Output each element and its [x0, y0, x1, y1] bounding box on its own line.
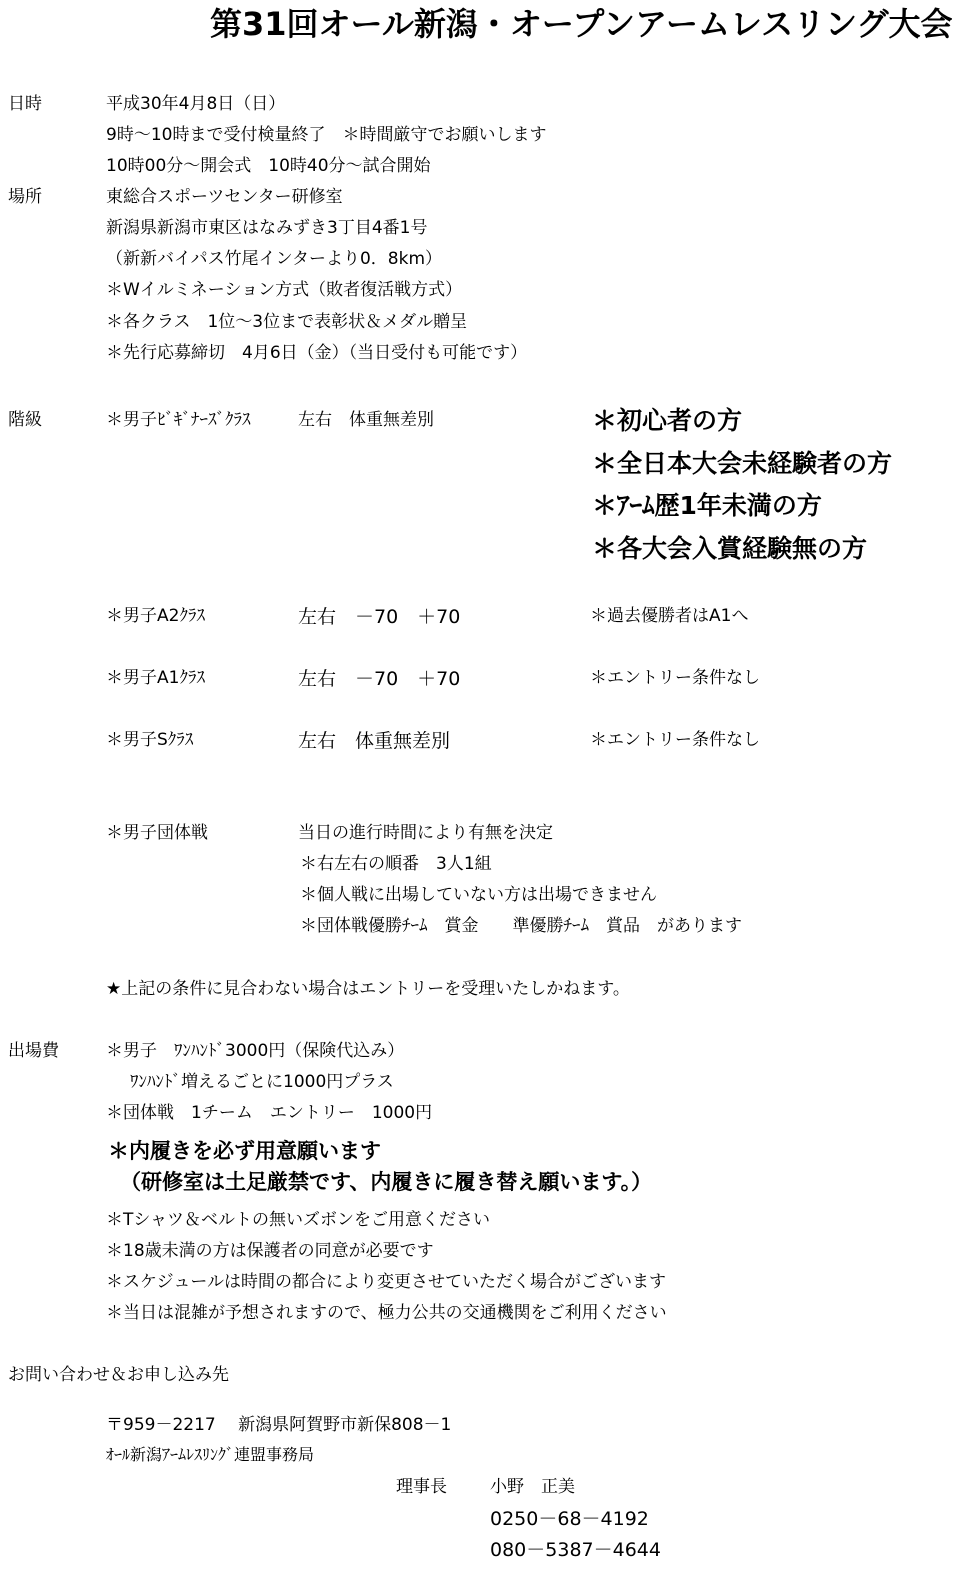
schedule-label: 日時 [8, 96, 42, 113]
venue-awards: ＊各クラス 1位～3位まで表彰状＆メダル贈呈 [106, 314, 467, 331]
venue-label: 場所 [8, 189, 42, 206]
team-class-name: ＊男子団体戦 [106, 825, 208, 842]
venue-address: 新潟県新潟市東区はなみずき3丁目4番1号 [106, 220, 427, 237]
contact-heading: お問い合わせ＆お申し込み先 [8, 1367, 229, 1384]
contact-phone[interactable]: 0250－68－4192 [490, 1510, 649, 1529]
team-class-detail: 当日の進行時間により有無を決定 [298, 825, 553, 842]
beginner-condition: ＊各大会入賞経験無の方 [592, 536, 867, 561]
team-note: ＊団体戦優勝ﾁｰﾑ 賞金 準優勝ﾁｰﾑ 賞品 があります [300, 918, 742, 935]
class-a1-detail: 左右 －70 ＋70 [298, 670, 460, 689]
class-s-detail: 左右 体重無差別 [298, 732, 450, 751]
class-s-name: ＊男子Sｸﾗｽ [106, 732, 193, 749]
indoor-shoes-note: （研修室は土足厳禁です、内履きに履き替え願います。） [120, 1172, 652, 1193]
class-a2-note: ＊過去優勝者はA1へ [590, 608, 748, 625]
contact-organization: ｵｰﾙ新潟ｱｰﾑﾚｽﾘﾝｸﾞ連盟事務局 [106, 1447, 314, 1463]
class-a1-note: ＊エントリー条件なし [590, 670, 760, 687]
contact-role: 理事長 [396, 1479, 447, 1496]
contact-address: 〒959－2217 新潟県阿賀野市新保808－1 [106, 1417, 451, 1434]
class-s-note: ＊エントリー条件なし [590, 732, 760, 749]
venue-name: 東総合スポーツセンター研修室 [106, 189, 343, 206]
page-title: 第31回オール新潟・オープンアームレスリング大会 [210, 8, 952, 40]
class-a2-name: ＊男子A2ｸﾗｽ [106, 608, 205, 625]
fee-additional: ﾜﾝﾊﾝﾄﾞ増えるごとに1000円プラス [130, 1074, 394, 1091]
beginner-class-name: ＊男子ﾋﾞｷﾞﾅｰｽﾞｸﾗｽ [106, 412, 251, 429]
schedule-opening: 10時00分～開会式 10時40分～試合開始 [106, 158, 431, 175]
beginner-class-detail: 左右 体重無差別 [298, 412, 434, 429]
schedule-checkin: 9時～10時まで受付検量終了 ＊時間厳守でお願いします [106, 127, 546, 144]
entry-warning: ★上記の条件に見合わない場合はエントリーを受理いたしかねます。 [106, 981, 630, 998]
indoor-shoes-notice: ＊内履きを必ず用意願います [108, 1141, 381, 1162]
fee-note: ＊18歳未満の方は保護者の同意が必要です [106, 1243, 434, 1260]
fee-note: ＊Tシャツ＆ベルトの無いズボンをご用意ください [106, 1212, 490, 1229]
beginner-condition: ＊初心者の方 [592, 408, 742, 433]
classes-label: 階級 [8, 412, 42, 429]
team-note: ＊右左右の順番 3人1組 [300, 856, 492, 873]
fee-team: ＊団体戦 1チーム エントリー 1000円 [106, 1105, 432, 1122]
class-a1-name: ＊男子A1ｸﾗｽ [106, 670, 205, 687]
venue-directions: （新新バイパス竹尾インターより0．8km） [106, 251, 442, 268]
beginner-condition: ＊ｱｰﾑ歴1年未満の方 [592, 493, 822, 518]
class-a2-detail: 左右 －70 ＋70 [298, 608, 460, 627]
fee-note: ＊スケジュールは時間の都合により変更させていただく場合がございます [106, 1274, 666, 1291]
fees-label: 出場費 [8, 1043, 59, 1060]
venue-deadline: ＊先行応募締切 4月6日（金）（当日受付も可能です） [106, 345, 527, 362]
schedule-date: 平成30年4月8日（日） [106, 96, 285, 113]
contact-person: 小野 正美 [490, 1479, 575, 1496]
contact-phone[interactable]: 080－5387－4644 [490, 1541, 661, 1560]
team-note: ＊個人戦に出場していない方は出場できません [300, 887, 657, 904]
fee-note: ＊当日は混雑が予想されますので、極力公共の交通機関をご利用ください [106, 1305, 667, 1322]
fee-individual: ＊男子 ﾜﾝﾊﾝﾄﾞ3000円（保険代込み） [106, 1043, 404, 1060]
beginner-condition: ＊全日本大会未経験者の方 [592, 451, 892, 476]
venue-format: ＊Wイルミネーション方式（敗者復活戦方式） [106, 282, 462, 299]
